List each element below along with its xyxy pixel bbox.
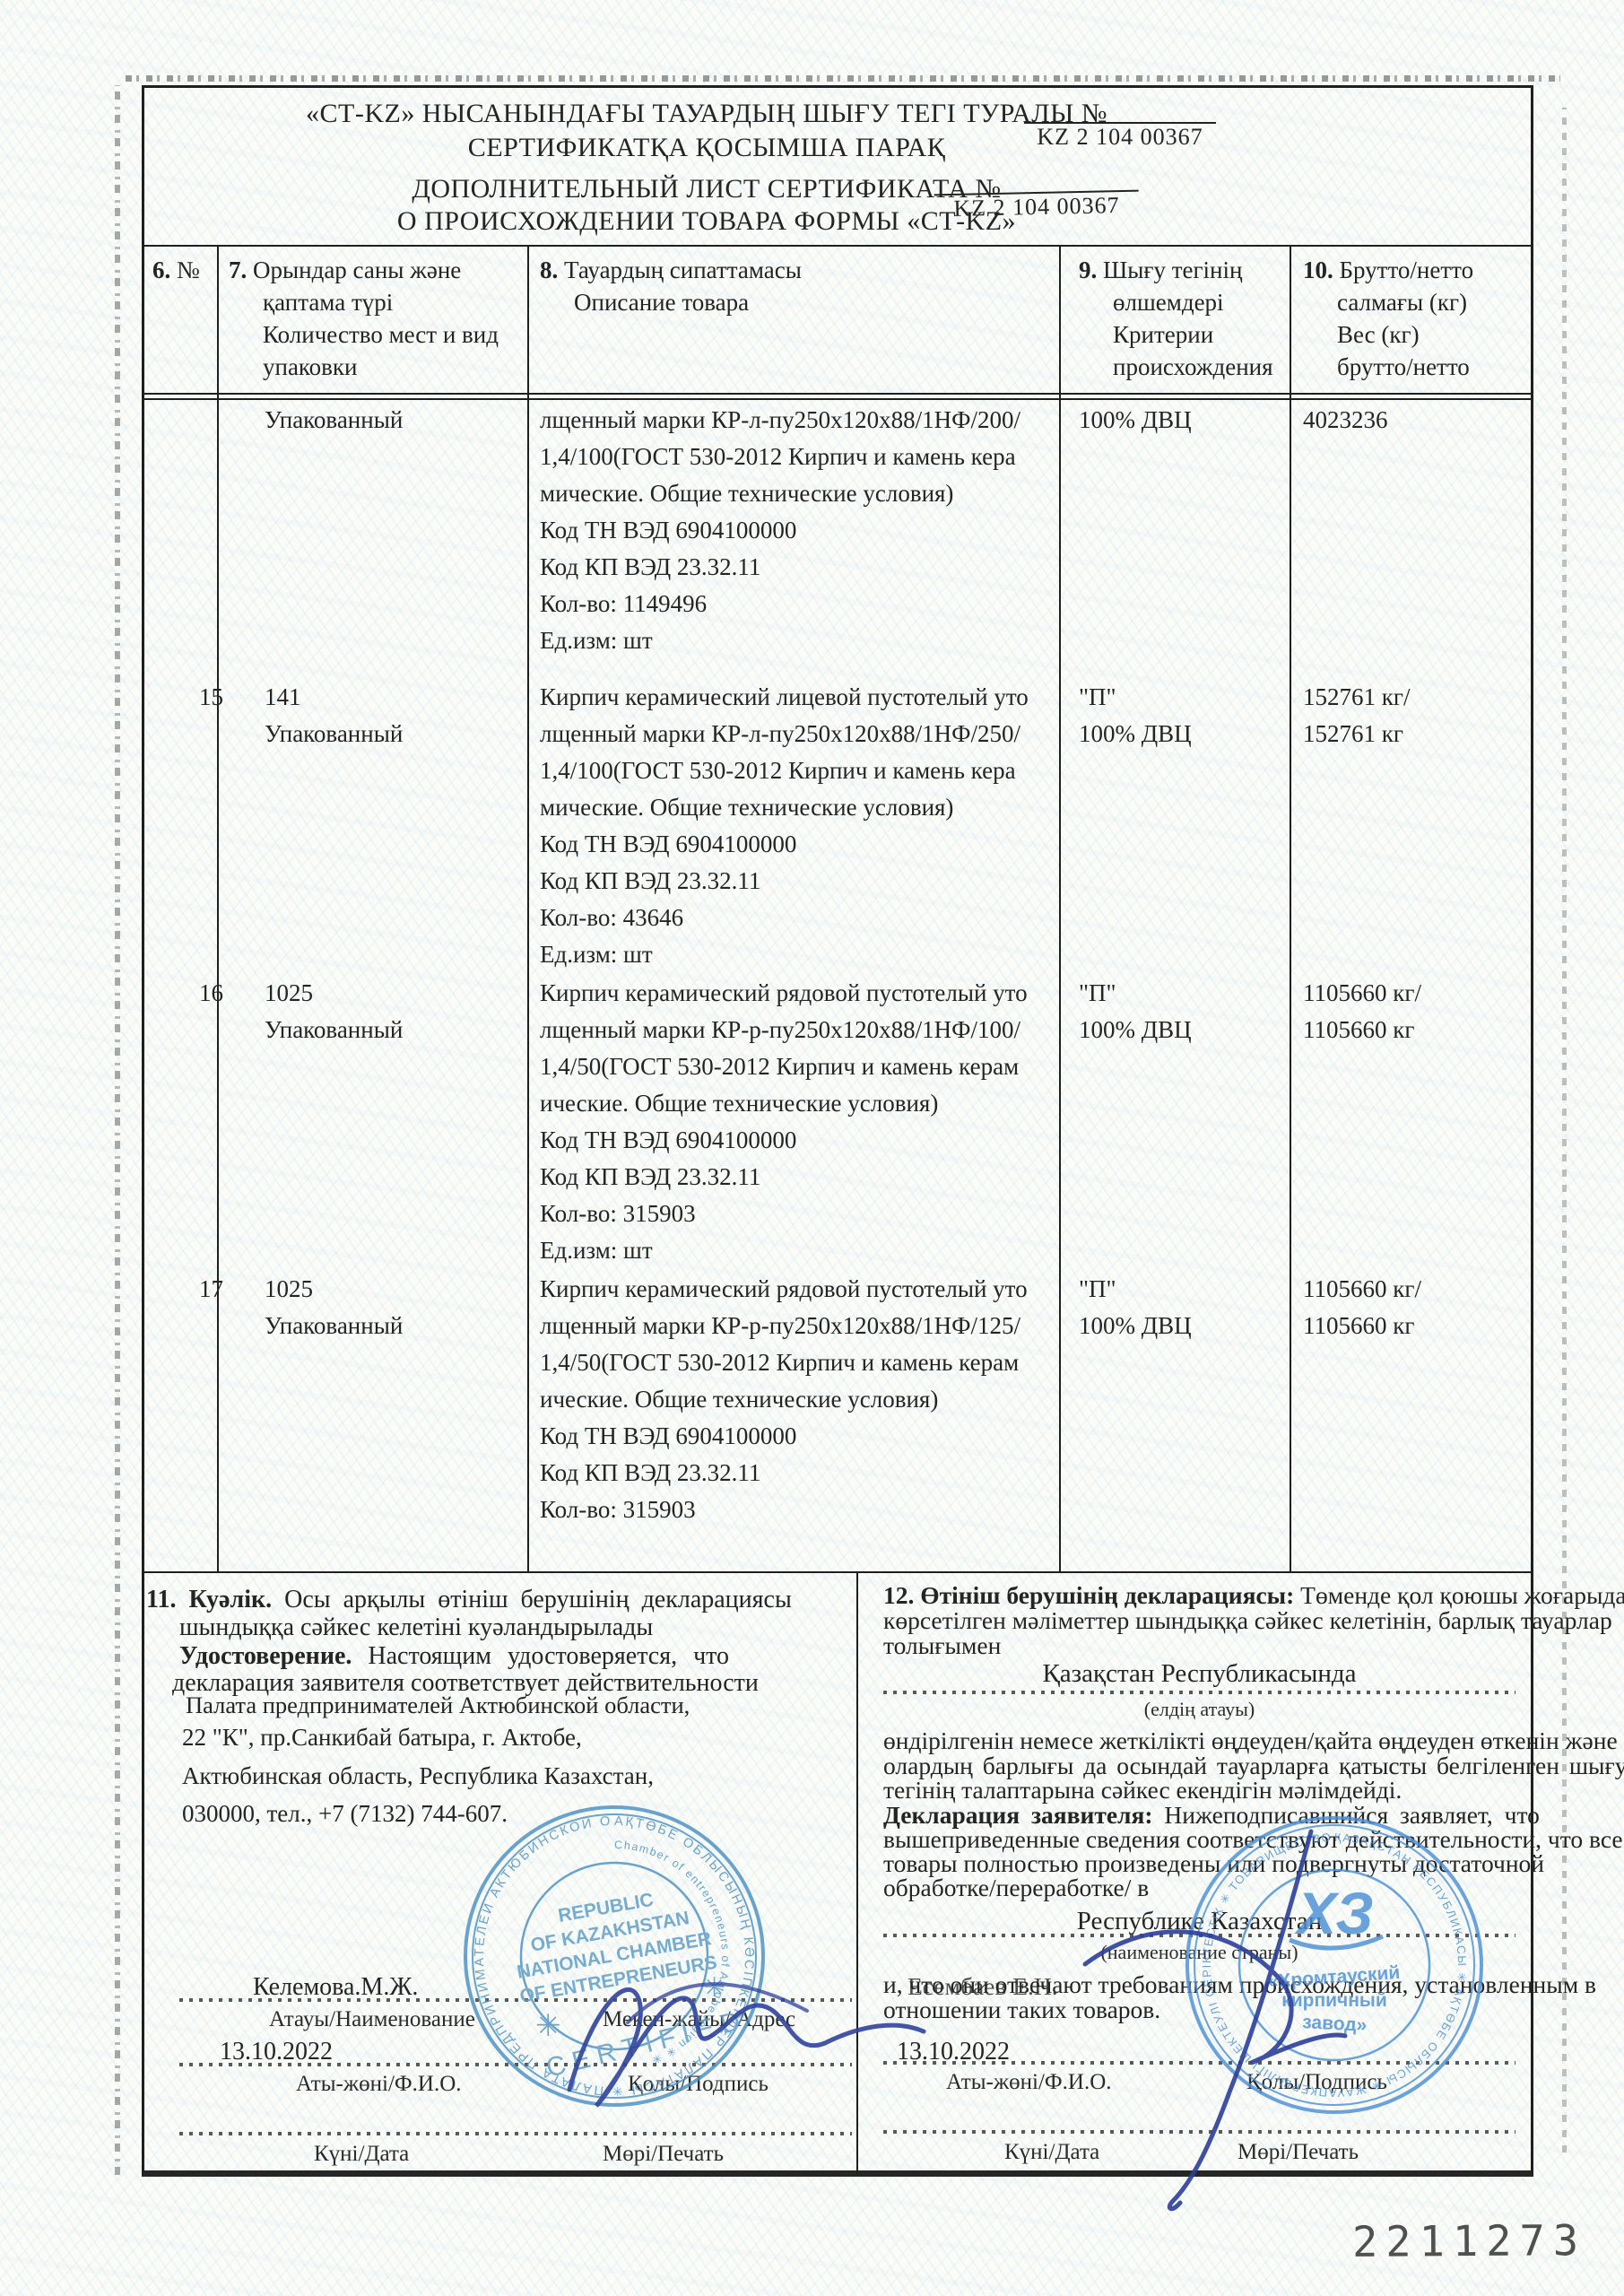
cell-line: лщенный марки КР-р-пу250х120х88/1НФ/100/ — [540, 1012, 1028, 1048]
cell-line: лщенный марки КР-л-пу250х120х88/1НФ/200/ — [540, 402, 1020, 439]
cell-line: 152761 кг — [1303, 716, 1410, 752]
s11-label-seal: Мөрі/Печать — [603, 2142, 724, 2167]
cell-line: Код ТН ВЭД 6904100000 — [540, 512, 1020, 549]
cell-line: 100% ДВЦ — [1079, 402, 1192, 439]
scan-noise-top — [126, 75, 1560, 82]
cert-number-1: KZ 2 104 00367 — [1024, 122, 1216, 151]
col-line-1 — [217, 245, 219, 1571]
cell-line: Код КП ВЭД 23.32.11 — [540, 1159, 1028, 1196]
cell-line: 1105660 кг/ — [1303, 1271, 1421, 1308]
column-header-line: 10. Брутто/нетто — [1303, 254, 1473, 286]
cell-line: Код ТН ВЭД 6904100000 — [540, 1418, 1028, 1455]
cell-line: "П" — [1079, 679, 1192, 716]
table-cell: Кирпич керамический рядовой пустотелый у… — [540, 975, 1028, 1269]
s11-label-name: Атауы/Наименование — [269, 2007, 475, 2032]
s12-line3: толығымен — [883, 1631, 1001, 1660]
table-cell: 4023236 — [1303, 402, 1388, 439]
column-header-line: брутто/нетто — [1303, 351, 1473, 383]
cell-line: Ед.изм: шт — [540, 936, 1029, 973]
col-line-4 — [1290, 245, 1291, 1571]
cell-line: 1105660 кг/ — [1303, 975, 1421, 1012]
cell-line: Код КП ВЭД 23.32.11 — [540, 1455, 1028, 1492]
cell-line: 15 — [199, 679, 223, 716]
cell-line: "П" — [1079, 1271, 1192, 1308]
s12-caption-kk: (елдің атауы) — [883, 1698, 1515, 1721]
s12-lead-bold: 12. Өтініш берушінің декларациясы: — [883, 1581, 1294, 1609]
cell-line: лщенный марки КР-л-пу250х120х88/1НФ/250/ — [540, 716, 1029, 752]
table-cell: 141Упакованный — [265, 679, 403, 752]
cell-line: 1,4/50(ГОСТ 530-2012 Кирпич и камень кер… — [540, 1048, 1028, 1085]
cell-line: Ед.изм: шт — [540, 1232, 1028, 1269]
header-rule-1 — [142, 393, 1533, 395]
country-kk-value: Қазақстан Республикасында — [883, 1659, 1515, 1689]
table-cell: Кирпич керамический лицевой пустотелый у… — [540, 679, 1029, 973]
cell-line: ические. Общие технические условия) — [540, 1085, 1028, 1122]
s11-label-fio: Аты-жөні/Ф.И.О. — [296, 2072, 462, 2097]
column-header: 10. Брутто/неттосалмағы (кг)Вес (кг)брут… — [1303, 254, 1473, 383]
cell-line: Код КП ВЭД 23.32.11 — [540, 549, 1020, 586]
s12-dotline-country-kk — [883, 1691, 1515, 1694]
header-rule-2 — [142, 398, 1533, 400]
table-cell: "П"100% ДВЦ — [1079, 1271, 1192, 1344]
cell-line: мические. Общие технические условия) — [540, 475, 1020, 512]
table-cell: 16 — [199, 975, 223, 1012]
column-header-line: 8. Тауардың сипаттамасы — [540, 254, 802, 286]
table-cell: "П"100% ДВЦ — [1079, 975, 1192, 1048]
column-header-line: 9. Шығу тегінің — [1079, 254, 1273, 286]
cell-line: Кирпич керамический рядовой пустотелый у… — [540, 1271, 1028, 1308]
cell-line: Упакованный — [265, 1308, 403, 1344]
cell-line: 1105660 кг — [1303, 1012, 1421, 1048]
s11-lead-bold: 11. Куәлік. — [146, 1586, 272, 1613]
cell-line: 100% ДВЦ — [1079, 1308, 1192, 1344]
table-cell: 100% ДВЦ — [1079, 402, 1192, 439]
cell-line: 1,4/50(ГОСТ 530-2012 Кирпич и камень кер… — [540, 1344, 1028, 1381]
cell-line: Код ТН ВЭД 6904100000 — [540, 1122, 1028, 1159]
cell-line: Упакованный — [265, 1012, 403, 1048]
column-header: 7. Орындар саны жәнеқаптама түріКоличест… — [229, 254, 499, 383]
cell-line: Кол-во: 1149496 — [540, 586, 1020, 622]
s11-org: Палата предпринимателей Актюбинской обла… — [186, 1692, 690, 1719]
s11-label-date: Күні/Дата — [314, 2142, 409, 2167]
column-header-line: происхождения — [1079, 351, 1273, 383]
column-header: 6. № — [152, 254, 200, 286]
scanned-certificate-page: «СТ-KZ» НЫСАНЫНДАҒЫ ТАУАРДЫҢ ШЫҒУ ТЕГІ Т… — [0, 0, 1624, 2296]
factory-signature — [1058, 1812, 1363, 2224]
cert-number-2: KZ 2 104 00367 — [934, 190, 1140, 223]
table-cell: 1025Упакованный — [265, 1271, 403, 1344]
cell-line: Кол-во: 315903 — [540, 1196, 1028, 1232]
table-cell: "П"100% ДВЦ — [1079, 679, 1192, 752]
cell-line: Кирпич керамический рядовой пустотелый у… — [540, 975, 1028, 1012]
cell-line: 4023236 — [1303, 402, 1388, 439]
table-bottom-line — [142, 1571, 1533, 1573]
cell-line: 1105660 кг — [1303, 1308, 1421, 1344]
table-cell: Упакованный — [265, 402, 403, 439]
column-header-line: Критерии — [1079, 318, 1273, 351]
chamber-signature — [538, 1946, 942, 2126]
column-header-line: Количество мест и вид — [229, 318, 499, 351]
s11-line2: шындыққа сәйкес келетіні куәландырылады — [179, 1613, 653, 1642]
column-header-line: Вес (кг) — [1303, 318, 1473, 351]
cell-line: Ед.изм: шт — [540, 622, 1020, 659]
column-header: 8. Тауардың сипаттамасыОписание товара — [540, 254, 802, 318]
cell-line: Упакованный — [265, 402, 403, 439]
table-cell: 17 — [199, 1271, 223, 1308]
col-line-3 — [1059, 245, 1061, 1571]
s11-ru-bold: Удостоверение. — [179, 1642, 352, 1670]
cell-line: 1,4/100(ГОСТ 530-2012 Кирпич и камень ке… — [540, 752, 1029, 789]
cell-line: Упакованный — [265, 716, 403, 752]
column-header-line: Описание товара — [540, 286, 802, 318]
cell-line: 100% ДВЦ — [1079, 1012, 1192, 1048]
cell-line: 1025 — [265, 975, 403, 1012]
s11-dotline-3 — [179, 2132, 852, 2135]
cell-line: 16 — [199, 975, 223, 1012]
column-header-line: 7. Орындар саны және — [229, 254, 499, 286]
table-cell: 1025Упакованный — [265, 975, 403, 1048]
cell-line: Кол-во: 43646 — [540, 900, 1029, 936]
cell-line: Код ТН ВЭД 6904100000 — [540, 826, 1029, 863]
cell-line: 17 — [199, 1271, 223, 1308]
col-line-2 — [527, 245, 529, 1571]
form-serial-number: 2211273 — [1352, 2216, 1586, 2267]
cell-line: Кирпич керамический лицевой пустотелый у… — [540, 679, 1029, 716]
s11-line3: Удостоверение. Настоящим удостоверяется,… — [179, 1642, 729, 1671]
cell-line: Код КП ВЭД 23.32.11 — [540, 863, 1029, 900]
cell-line: Кол-во: 315903 — [540, 1492, 1028, 1528]
table-cell: лщенный марки КР-л-пу250х120х88/1НФ/200/… — [540, 402, 1020, 659]
column-header-line: қаптама түрі — [229, 286, 499, 318]
scan-noise-left — [115, 85, 120, 2175]
s11-addr2: Актюбинская область, Республика Казахста… — [182, 1762, 654, 1790]
s11-line1: 11. Куәлік. Осы арқылы өтініш берушінің … — [146, 1586, 792, 1614]
cell-line: "П" — [1079, 975, 1192, 1012]
column-header-line: салмағы (кг) — [1303, 286, 1473, 318]
cell-line: 152761 кг/ — [1303, 679, 1410, 716]
column-header-line: 6. № — [152, 254, 200, 286]
cell-line: 1025 — [265, 1271, 403, 1308]
cell-line: 141 — [265, 679, 403, 716]
table-cell: 1105660 кг/1105660 кг — [1303, 975, 1421, 1048]
cell-line: мические. Общие технические условия) — [540, 789, 1029, 826]
table-cell: 15 — [199, 679, 223, 716]
column-header-line: упаковки — [229, 351, 499, 383]
cell-line: 1,4/100(ГОСТ 530-2012 Кирпич и камень ке… — [540, 439, 1020, 475]
cell-line: лщенный марки КР-р-пу250х120х88/1НФ/125/ — [540, 1308, 1028, 1344]
cell-line: 100% ДВЦ — [1079, 716, 1192, 752]
s11-addr1: 22 "К", пр.Санкибай батыра, г. Актобе, — [182, 1724, 582, 1752]
table-top-line — [142, 245, 1533, 247]
table-cell: Кирпич керамический рядовой пустотелый у… — [540, 1271, 1028, 1528]
cell-line: ические. Общие технические условия) — [540, 1381, 1028, 1418]
table-cell: 152761 кг/152761 кг — [1303, 679, 1410, 752]
column-header-line: өлшемдері — [1079, 286, 1273, 318]
table-cell: 1105660 кг/1105660 кг — [1303, 1271, 1421, 1344]
column-header: 9. Шығу тегініңөлшемдеріКритериипроисхож… — [1079, 254, 1273, 383]
